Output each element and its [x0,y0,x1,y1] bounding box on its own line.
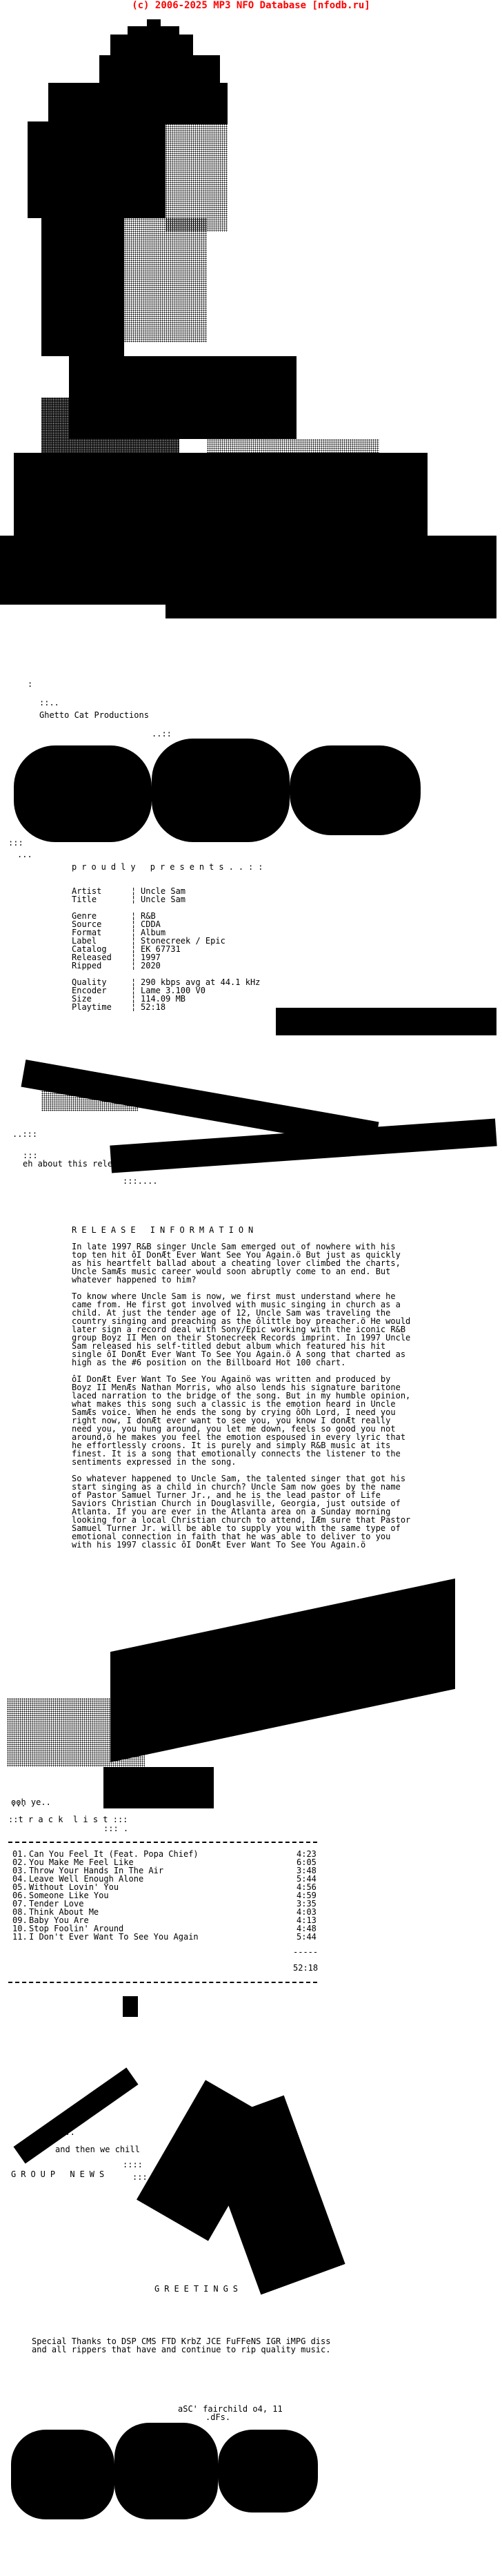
chill-caption: and then we chill [55,2145,140,2154]
decor-dots: ::.. [39,699,59,707]
track-row: 11.I Don't Ever Want To See You Again5:4… [12,1933,316,1941]
total-playtime: 52:18 [293,1964,318,1972]
car-ascii-art [7,1588,502,1822]
decor-dots: ..::: [12,1130,37,1138]
ooh-caption: ooh ye.. [11,1798,51,1806]
decor-dots: :::.... [123,1177,158,1185]
decor-dots: : [28,680,32,688]
info-value: Uncle Sam [141,895,185,904]
total-rule: ----- [293,1948,318,1956]
info-row [72,904,260,912]
group-name: Ghetto Cat Productions [39,711,149,719]
info-key: Ripped [72,962,131,970]
decor-dots: ::.. [55,2128,75,2136]
release-paragraph: In late 1997 R&B singer Uncle Sam emerge… [72,1242,458,1284]
dj-girl-ascii-art [0,11,502,618]
decor-dots: ::: [132,2173,148,2181]
info-separator: ¦ [131,895,141,904]
gcp-logo-bottom-ascii-art [11,2416,321,2537]
copyright-banner: (c) 2006-2025 MP3 NFO Database [nfodb.ru… [0,0,502,11]
release-info-table: Artist¦Uncle SamTitle¦Uncle SamGenre¦R&B… [72,887,260,1011]
track-duration: 5:44 [297,1933,317,1941]
decor-dots: ... [17,850,32,859]
divider [8,1982,317,1983]
info-row: Title¦Uncle Sam [72,895,260,904]
group-news-heading: GROUP NEWS [11,2170,109,2178]
release-information-heading: RELEASE INFORMATION [72,1226,258,1234]
release-paragraph: So whatever happened to Uncle Sam, the t… [72,1474,458,1549]
greetings-heading: GREETINGS [154,2285,243,2293]
release-paragraph: To know where Uncle Sam is now, we first… [72,1292,458,1367]
info-key: Title [72,895,131,904]
decor-dots: ::: . [103,1824,128,1833]
track-title: I Don't Ever Want To See You Again [29,1932,199,1942]
info-separator: ¦ [131,962,141,970]
decor-dots: :::: [123,2160,143,2169]
decor-dots: .. [145,2183,154,2191]
presents-caption: proudly presents..:: [72,863,268,871]
about-caption: eh about this release [23,1160,128,1168]
track-number: 11. [12,1933,29,1941]
gcp-logo-ascii-art [7,732,441,842]
leaves-ascii-art [0,1995,502,2285]
snake-ascii-art [14,1001,502,1180]
info-row: Ripped¦2020 [72,962,260,970]
tracklist-heading: ::t r a c k l i s t ::: [8,1815,128,1824]
release-paragraph: ôI DonÆt Ever Want To See You Againö was… [72,1375,458,1466]
info-value: 2020 [141,961,161,970]
greetings-line: and all rippers that have and continue t… [32,2345,330,2354]
decor-dots: ::: [8,839,23,847]
divider [8,1842,317,1843]
